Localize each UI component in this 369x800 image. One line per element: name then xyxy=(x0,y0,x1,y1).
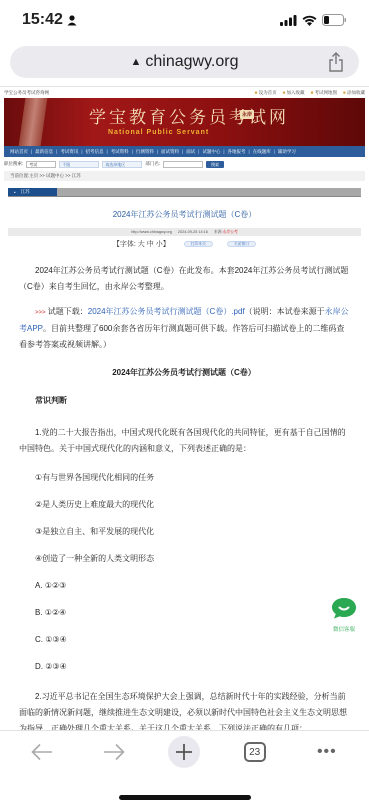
article-title: 2024年江苏公务员考试行测试题（C卷） xyxy=(0,209,369,220)
category-tab[interactable]: •江苏 xyxy=(8,188,57,196)
search-button[interactable]: 搜索 xyxy=(206,161,224,168)
print-button[interactable]: 打印本页 xyxy=(184,241,213,247)
nav-item[interactable]: 最新信息 xyxy=(35,149,53,155)
top-link-bookmark[interactable]: 加入收藏 xyxy=(283,90,305,96)
nav-item[interactable]: 试题中心 xyxy=(202,149,220,155)
statement: ②是人类历史上难度最大的现代化 xyxy=(19,497,349,513)
site-header: 学宝公务员考试咨询网 设为首页 加入收藏 考试网地图 添加收藏 学宝教育公务员考… xyxy=(0,87,369,197)
back-arrow-icon xyxy=(31,743,53,761)
dept-label: 部门名: xyxy=(145,161,160,167)
site-nav: 网站首页| 最新信息| 考试资讯| 招考信息| 考试资料| 行测资料| 面试资料… xyxy=(4,146,365,157)
site-top-title: 学宝公务员考试咨询网 xyxy=(4,90,49,96)
select-region[interactable]: 请选择地区 xyxy=(102,161,142,168)
site-top-bar: 学宝公务员考试咨询网 设为首页 加入收藏 考试网地图 添加收藏 xyxy=(0,87,369,98)
tab-count: 23 xyxy=(244,742,266,762)
status-bar: 15:42 xyxy=(0,0,369,40)
url-text: chinagwy.org xyxy=(145,53,238,71)
top-link-homepage[interactable]: 设为首页 xyxy=(255,90,277,96)
toolbar-items: 23 ••• xyxy=(0,731,369,773)
banner-subtitle: National Public Servant xyxy=(108,129,209,136)
category-label: 江苏 xyxy=(21,189,30,195)
statement: ④创造了一种全新的人类文明形态 xyxy=(19,551,349,567)
status-time: 15:42 xyxy=(22,11,63,29)
person-icon xyxy=(67,15,77,26)
wechat-label: 微信客服 xyxy=(329,625,359,633)
nav-item[interactable]: 各地报考 xyxy=(228,149,246,155)
download-paragraph: >>> 试题下载：2024年江苏公务员考试行测试题（C卷）.pdf（说明：本试卷… xyxy=(19,304,349,353)
top-link-favorite[interactable]: 添加收藏 xyxy=(343,90,365,96)
battery-icon xyxy=(322,14,347,26)
nav-item[interactable]: 考试资讯 xyxy=(60,149,78,155)
wechat-chat-bubble-icon xyxy=(331,597,357,619)
site-banner: 学宝教育公务员考试网 National Public Servant 永岸 xyxy=(4,98,365,146)
browser-toolbar: 23 ••• xyxy=(0,730,369,800)
nav-item[interactable]: 面试资料 xyxy=(161,149,179,155)
category-bar: •江苏 xyxy=(8,188,361,197)
nav-item[interactable]: 考试资料 xyxy=(111,149,129,155)
url-bar[interactable]: ▲ chinagwy.org xyxy=(10,46,359,78)
home-indicator xyxy=(119,795,251,800)
select-limit[interactable]: 不限 xyxy=(59,161,99,168)
answer-option: A. ①②③ xyxy=(19,578,349,594)
meta-url: http://www.chinagwy.org xyxy=(131,230,172,234)
site-top-links: 设为首页 加入收藏 考试网地图 添加收藏 xyxy=(255,90,365,96)
top-link-sitemap[interactable]: 考试网地图 xyxy=(311,90,337,96)
close-window-button[interactable]: 关闭窗口 xyxy=(227,241,256,247)
answer-option: B. ①②④ xyxy=(19,605,349,621)
download-note-rest: 。目前共整理了600余套各省历年行测真题可供下载。作答后可扫描试卷上的二维码查看… xyxy=(19,324,344,349)
share-icon[interactable] xyxy=(327,52,345,72)
article-tools: 【字体: 大 中 小】 打印本页 关闭窗口 xyxy=(0,239,369,249)
new-tab-button[interactable] xyxy=(168,736,200,768)
status-icons xyxy=(280,14,347,26)
intro-paragraph: 2024年江苏公务员考试行测试题（C卷）在此发布。本套2024年江苏公务员考试行… xyxy=(19,263,349,295)
section-title: 2024年江苏公务员考试行测试题（C卷） xyxy=(19,365,349,381)
back-button[interactable] xyxy=(24,734,60,770)
answer-option: D. ②③④ xyxy=(19,659,349,675)
nav-item[interactable]: 辅助学习 xyxy=(278,149,296,155)
pdf-download-link[interactable]: 2024年江苏公务员考试行测试题（C卷）.pdf xyxy=(88,307,245,316)
banner-title: 学宝教育公务员考试网 xyxy=(89,103,289,128)
plus-icon xyxy=(175,743,193,761)
statement: ①有与世界各国现代化相同的任务 xyxy=(19,470,349,486)
search-label: 职位搜索: xyxy=(4,161,23,167)
nav-item[interactable]: 招考信息 xyxy=(86,149,104,155)
question-1: 1.党的二十大报告指出，中国式现代化既有各国现代化的共同特征，更有基于自己国情的… xyxy=(19,425,349,457)
nav-item[interactable]: 面试 xyxy=(186,149,195,155)
download-label: 试题下载： xyxy=(46,307,88,316)
status-time-group: 15:42 xyxy=(22,11,77,29)
wifi-icon xyxy=(302,15,317,26)
nav-item[interactable]: 网站首页 xyxy=(10,149,28,155)
nav-item[interactable]: 在线题库 xyxy=(253,149,271,155)
search-input[interactable]: 考试 xyxy=(26,161,56,168)
bullet-icon: • xyxy=(14,190,16,195)
answer-option: C. ①③④ xyxy=(19,632,349,648)
nav-item[interactable]: 行测资料 xyxy=(136,149,154,155)
forward-arrow-icon xyxy=(103,743,125,761)
meta-source: 永岸公考 xyxy=(223,230,238,234)
tabs-button[interactable]: 23 xyxy=(237,734,273,770)
subsection-title: 常识判断 xyxy=(19,393,349,409)
job-search-row: 职位搜索: 考试 不限 请选择地区 部门名: 搜索 xyxy=(0,157,369,171)
arrow-icon: >>> xyxy=(35,310,46,316)
banner-badge: 永岸 xyxy=(240,110,254,119)
more-dots-icon: ••• xyxy=(317,743,337,761)
download-note: （说明：本试卷来源于 xyxy=(245,307,325,316)
statement: ③是独立自主、和平发展的现代化 xyxy=(19,524,349,540)
meta-date: 2024-09-25 14:16 xyxy=(178,230,208,234)
warning-lock-icon: ▲ xyxy=(131,56,142,68)
url-bar-container: ▲ chinagwy.org xyxy=(0,40,369,86)
more-button[interactable]: ••• xyxy=(309,734,345,770)
wechat-service-button[interactable]: 微信客服 xyxy=(329,597,359,633)
page: 15:42 ▲ chinagwy.org 学宝公务员考试咨询网 设为首页 加入收… xyxy=(0,0,369,800)
font-size-selector[interactable]: 【字体: 大 中 小】 xyxy=(113,239,170,249)
article-meta: http://www.chinagwy.org 2024-09-25 14:16… xyxy=(8,228,361,236)
huabiao-pillar-image xyxy=(19,98,48,146)
cellular-signal-icon xyxy=(280,15,297,26)
forward-button[interactable] xyxy=(96,734,132,770)
dept-input[interactable] xyxy=(163,161,203,168)
breadcrumb: 当前位置:主页 >> 试题中心 >> 江苏 xyxy=(4,171,365,181)
meta-source-label: 来源: xyxy=(214,230,223,234)
article-body: 2024年江苏公务员考试行测试题（C卷）在此发布。本套2024年江苏公务员考试行… xyxy=(0,263,369,764)
